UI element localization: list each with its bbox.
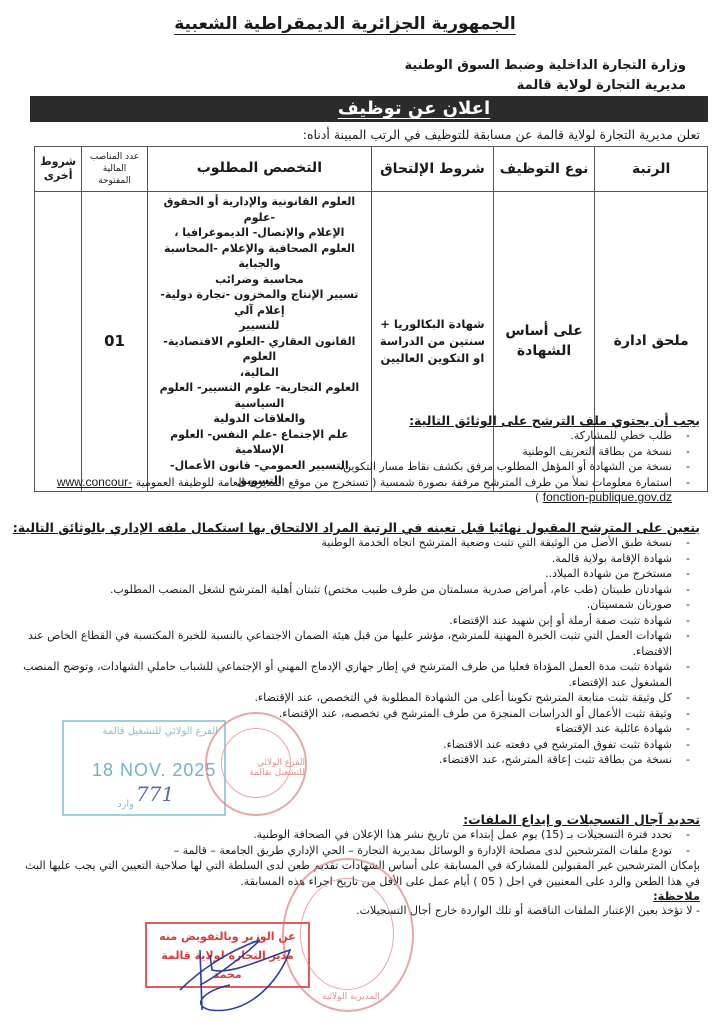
received-stamp-label: وارد (117, 799, 134, 810)
announcement-title: اعلان عن توظيف (338, 96, 490, 122)
list-item: نسخة من الشهادة أو المؤهل المطلوب مرفق ب… (20, 459, 700, 475)
list-item: نسخة من بطاقة التعريف الوطنية (20, 444, 700, 460)
specialty-line: العلوم الصحافية والإعلام -المحاسبة والجب… (152, 241, 367, 272)
specialty-line: الإعلام والإتصال- الديموغرافيا ، (152, 225, 367, 241)
signature-scribble-icon (170, 930, 310, 1020)
received-stamp-date: 18 NOV. 2025 (92, 760, 216, 781)
announcement-banner: اعلان عن توظيف (30, 96, 708, 122)
job-announcement-page: الجمهورية الجزائرية الديمقراطية الشعبية … (0, 0, 724, 1024)
specialty-line: القانون العقاري -العلوم الاقتصادية- العل… (152, 334, 367, 365)
list-item: مستخرج من شهادة الميلاد.. (10, 566, 700, 582)
deadlines-list: تحدد فترة التسجيلات بـ (15) يوم عمل إبتد… (10, 827, 700, 858)
employment-seal-text: الفرع الولائي للتشغيل بقالمة (231, 758, 305, 778)
table-header-row: الرتبة نوع التوظيف شروط الإلتحاق التخصص … (35, 147, 708, 192)
list-item: طلب خطي للمشاركة. (20, 428, 700, 444)
form-item-close: ) (535, 491, 539, 504)
file-documents-title: يجب أن يحتوي ملف الترشح على الوثائق التا… (20, 413, 700, 428)
list-item: شهادة تثبت صفة أرملة أو إبن شهيد عند الإ… (10, 613, 700, 629)
list-item: وثيقة تثبت الأعمال أو الدراسات المنجزة م… (10, 706, 700, 722)
header-other: شروط أخرى (35, 147, 82, 192)
header-rank: الرتبة (595, 147, 708, 192)
list-item: شهادة الإقامة بولاية قالمة. (10, 551, 700, 567)
url-link-part2[interactable]: fonction-publique.gov.dz (543, 490, 672, 504)
specialty-line: محاسبة وضرائب (152, 272, 367, 288)
specialty-line: تسيير الإنتاج والمخزون -تجارة دولية- إعل… (152, 287, 367, 318)
list-item: كل وثيقة تثبت متابعة المترشح تكوينا أعلى… (10, 690, 700, 706)
list-item: نسخة طبق الأصل من الوثيقة التي تثبت وضعي… (10, 535, 700, 551)
form-item-text: استمارة معلومات تملأ من طرف المترشح مرفق… (136, 476, 672, 489)
received-stamp-title: الفرع الولائي للتشغيل قالمة (103, 726, 218, 737)
directorate-seal-text: المديرية الولائية (322, 992, 380, 1002)
specialty-line: العلوم القانونية والإدارية أو الحقوق -عل… (152, 194, 367, 225)
received-stamp-number: 771 (136, 782, 174, 806)
list-item: شهادة تثبت مدة العمل المؤداة فعليا من طر… (10, 659, 700, 690)
specialty-line: للتسيير (152, 318, 367, 334)
republic-heading: الجمهورية الجزائرية الديمقراطية الشعبية (150, 14, 540, 34)
employment-seal-icon: الفرع الولائي للتشغيل بقالمة (205, 712, 307, 816)
header-conditions: شروط الإلتحاق (372, 147, 494, 192)
header-specialty: التخصص المطلوب (147, 147, 371, 192)
ministry-name: وزارة التجارة الداخلية وضبط السوق الوطني… (405, 58, 686, 73)
header-positions: عدد المناصب المالية المفتوحة (82, 147, 147, 192)
list-item: شهادتان طبيتان (طب عام، أمراض صدرية مسلم… (10, 582, 700, 598)
header-type: نوع التوظيف (493, 147, 595, 192)
received-stamp: الفرع الولائي للتشغيل قالمة 18 NOV. 2025… (62, 720, 226, 816)
list-item: استمارة معلومات تملأ من طرف المترشح مرفق… (20, 475, 700, 506)
list-item: شهادات العمل التي تثبت الخبرة المهنية لل… (10, 628, 700, 659)
admitted-documents-title: يتعين على المترشح المقبول نهائيا قبل تعي… (10, 520, 700, 535)
list-item: تودع ملفات المترشحين لدى مصلحة الإدارة و… (10, 843, 700, 859)
specialty-line: العلوم التجارية- علوم التسيير- العلوم ال… (152, 380, 367, 411)
list-item: تحدد فترة التسجيلات بـ (15) يوم عمل إبتد… (10, 827, 700, 843)
file-documents-list: طلب خطي للمشاركة. نسخة من بطاقة التعريف … (20, 428, 700, 506)
specialty-line: المالية، (152, 365, 367, 381)
directorate-name: مديرية التجارة لولاية قالمة (517, 78, 686, 93)
intro-text: تعلن مديرية التجارة لولاية قالمة عن مساب… (303, 127, 700, 142)
file-documents-section: يجب أن يحتوي ملف الترشح على الوثائق التا… (20, 413, 700, 506)
url-link-part1[interactable]: www.concour- (57, 475, 132, 489)
list-item: صورتان شمسيتان. (10, 597, 700, 613)
